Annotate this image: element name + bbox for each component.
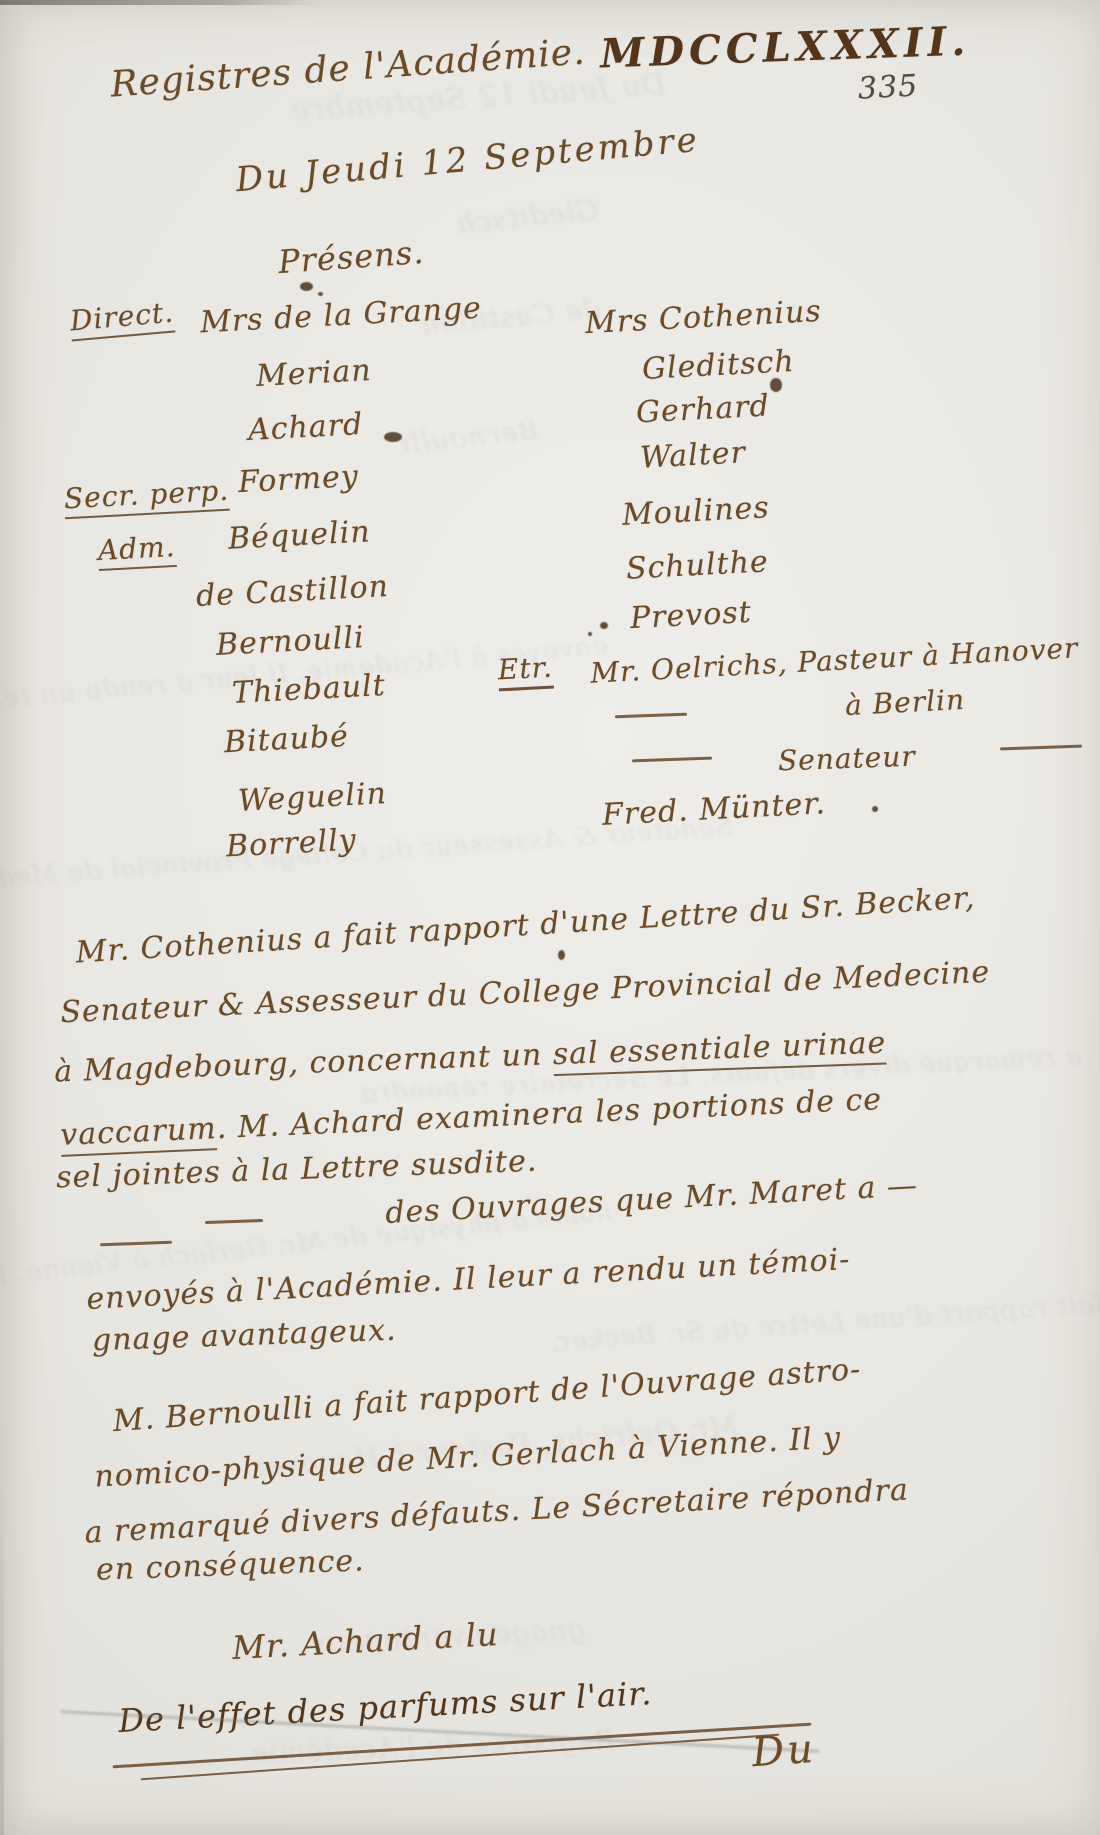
minutes-line: en conséquence. [95,1543,365,1587]
manuscript-page: Du Jeudi 12 Septembre Gleditsch de Casti… [0,0,1100,1835]
attendee-name: Weguelin [237,776,388,819]
attendee-name: Prevost [629,595,752,636]
attendee-name: Bitaubé [223,719,350,760]
ink-blot [318,292,323,296]
dash-stroke [615,713,687,719]
dash-stroke [1000,745,1082,751]
dash-stroke [205,1219,263,1224]
ink-blot [300,282,313,291]
attendee-name: Bernoulli [215,620,365,663]
minutes-line: à Magdebourg, concernant un sal essentia… [54,1025,887,1089]
foreign-member-line: Senateur [777,740,916,778]
foreign-member-line: Mr. Oelrichs, Pasteur à Hanover [589,631,1079,690]
attendee-name: de Castillon [195,569,390,614]
minutes-line: Senateur & Assesseur du College Provinci… [60,955,991,1031]
margin-label-secretary: Secr. perp. [63,474,230,520]
latin-term-underlined: vaccarum [60,1111,218,1157]
bleedthrough-text: Gleditsch [454,193,600,241]
attendee-name: Mrs Cothenius [584,294,822,341]
present-heading: Présens. [277,233,426,281]
catchword: Du [750,1726,817,1776]
minutes-line: envoyés à l'Académie. Il leur a rendu un… [86,1242,852,1317]
minutes-line-plain: . M. Achard examinera les portions de ce [216,1082,883,1146]
minutes-line: gnage avantageux. [91,1313,397,1359]
minutes-line-plain: à Magdebourg, concernant un [54,1037,554,1089]
scan-edge-left [0,1450,4,1835]
attendee-name: Formey [237,459,359,500]
dash-stroke [100,1241,172,1247]
attendee-name: Borrelly [225,823,357,865]
ink-blot [872,806,878,812]
minutes-line: Mr. Achard a lu [231,1615,499,1667]
attendee-name: Achard [247,407,364,448]
attendee-name: Thiebault [231,668,386,711]
page-number: 335 [857,68,919,106]
attendee-name: Schulthe [625,544,769,586]
attendee-name: Béquelin [227,514,371,556]
attendee-name: Merian [255,353,372,394]
dash-stroke [632,757,712,763]
page-title: Registres de l'Académie. [109,31,587,105]
attendee-name: Mrs de la Grange [199,291,482,341]
margin-label-adm: Adm. [97,530,176,571]
margin-label-director: Direct. [69,296,176,342]
foreign-member-line: à Berlin [844,683,966,722]
session-date: Du Jeudi 12 Septembre [234,120,701,200]
minutes-line: vaccarum. M. Achard examinera les portio… [60,1082,883,1153]
minutes-line: Mr. Cothenius a fait rapport d'une Lettr… [75,881,976,971]
ink-blot [558,950,565,960]
attendee-name: Gerhard [635,389,770,431]
ink-blot [384,432,402,442]
scan-edge-top [0,0,320,5]
attendee-name: Walter [639,435,747,475]
foreign-member-line: Fred. Münter. [601,786,826,833]
ink-blot [600,622,608,629]
ink-blot [588,632,592,636]
ink-blot [770,378,782,392]
attendee-name: Moulines [621,490,770,533]
latin-term-underlined: sal essentiale urinae [552,1025,887,1076]
margin-label-foreign: Etr. [497,651,554,692]
bleedthrough-text: Bernoulli [399,413,541,460]
